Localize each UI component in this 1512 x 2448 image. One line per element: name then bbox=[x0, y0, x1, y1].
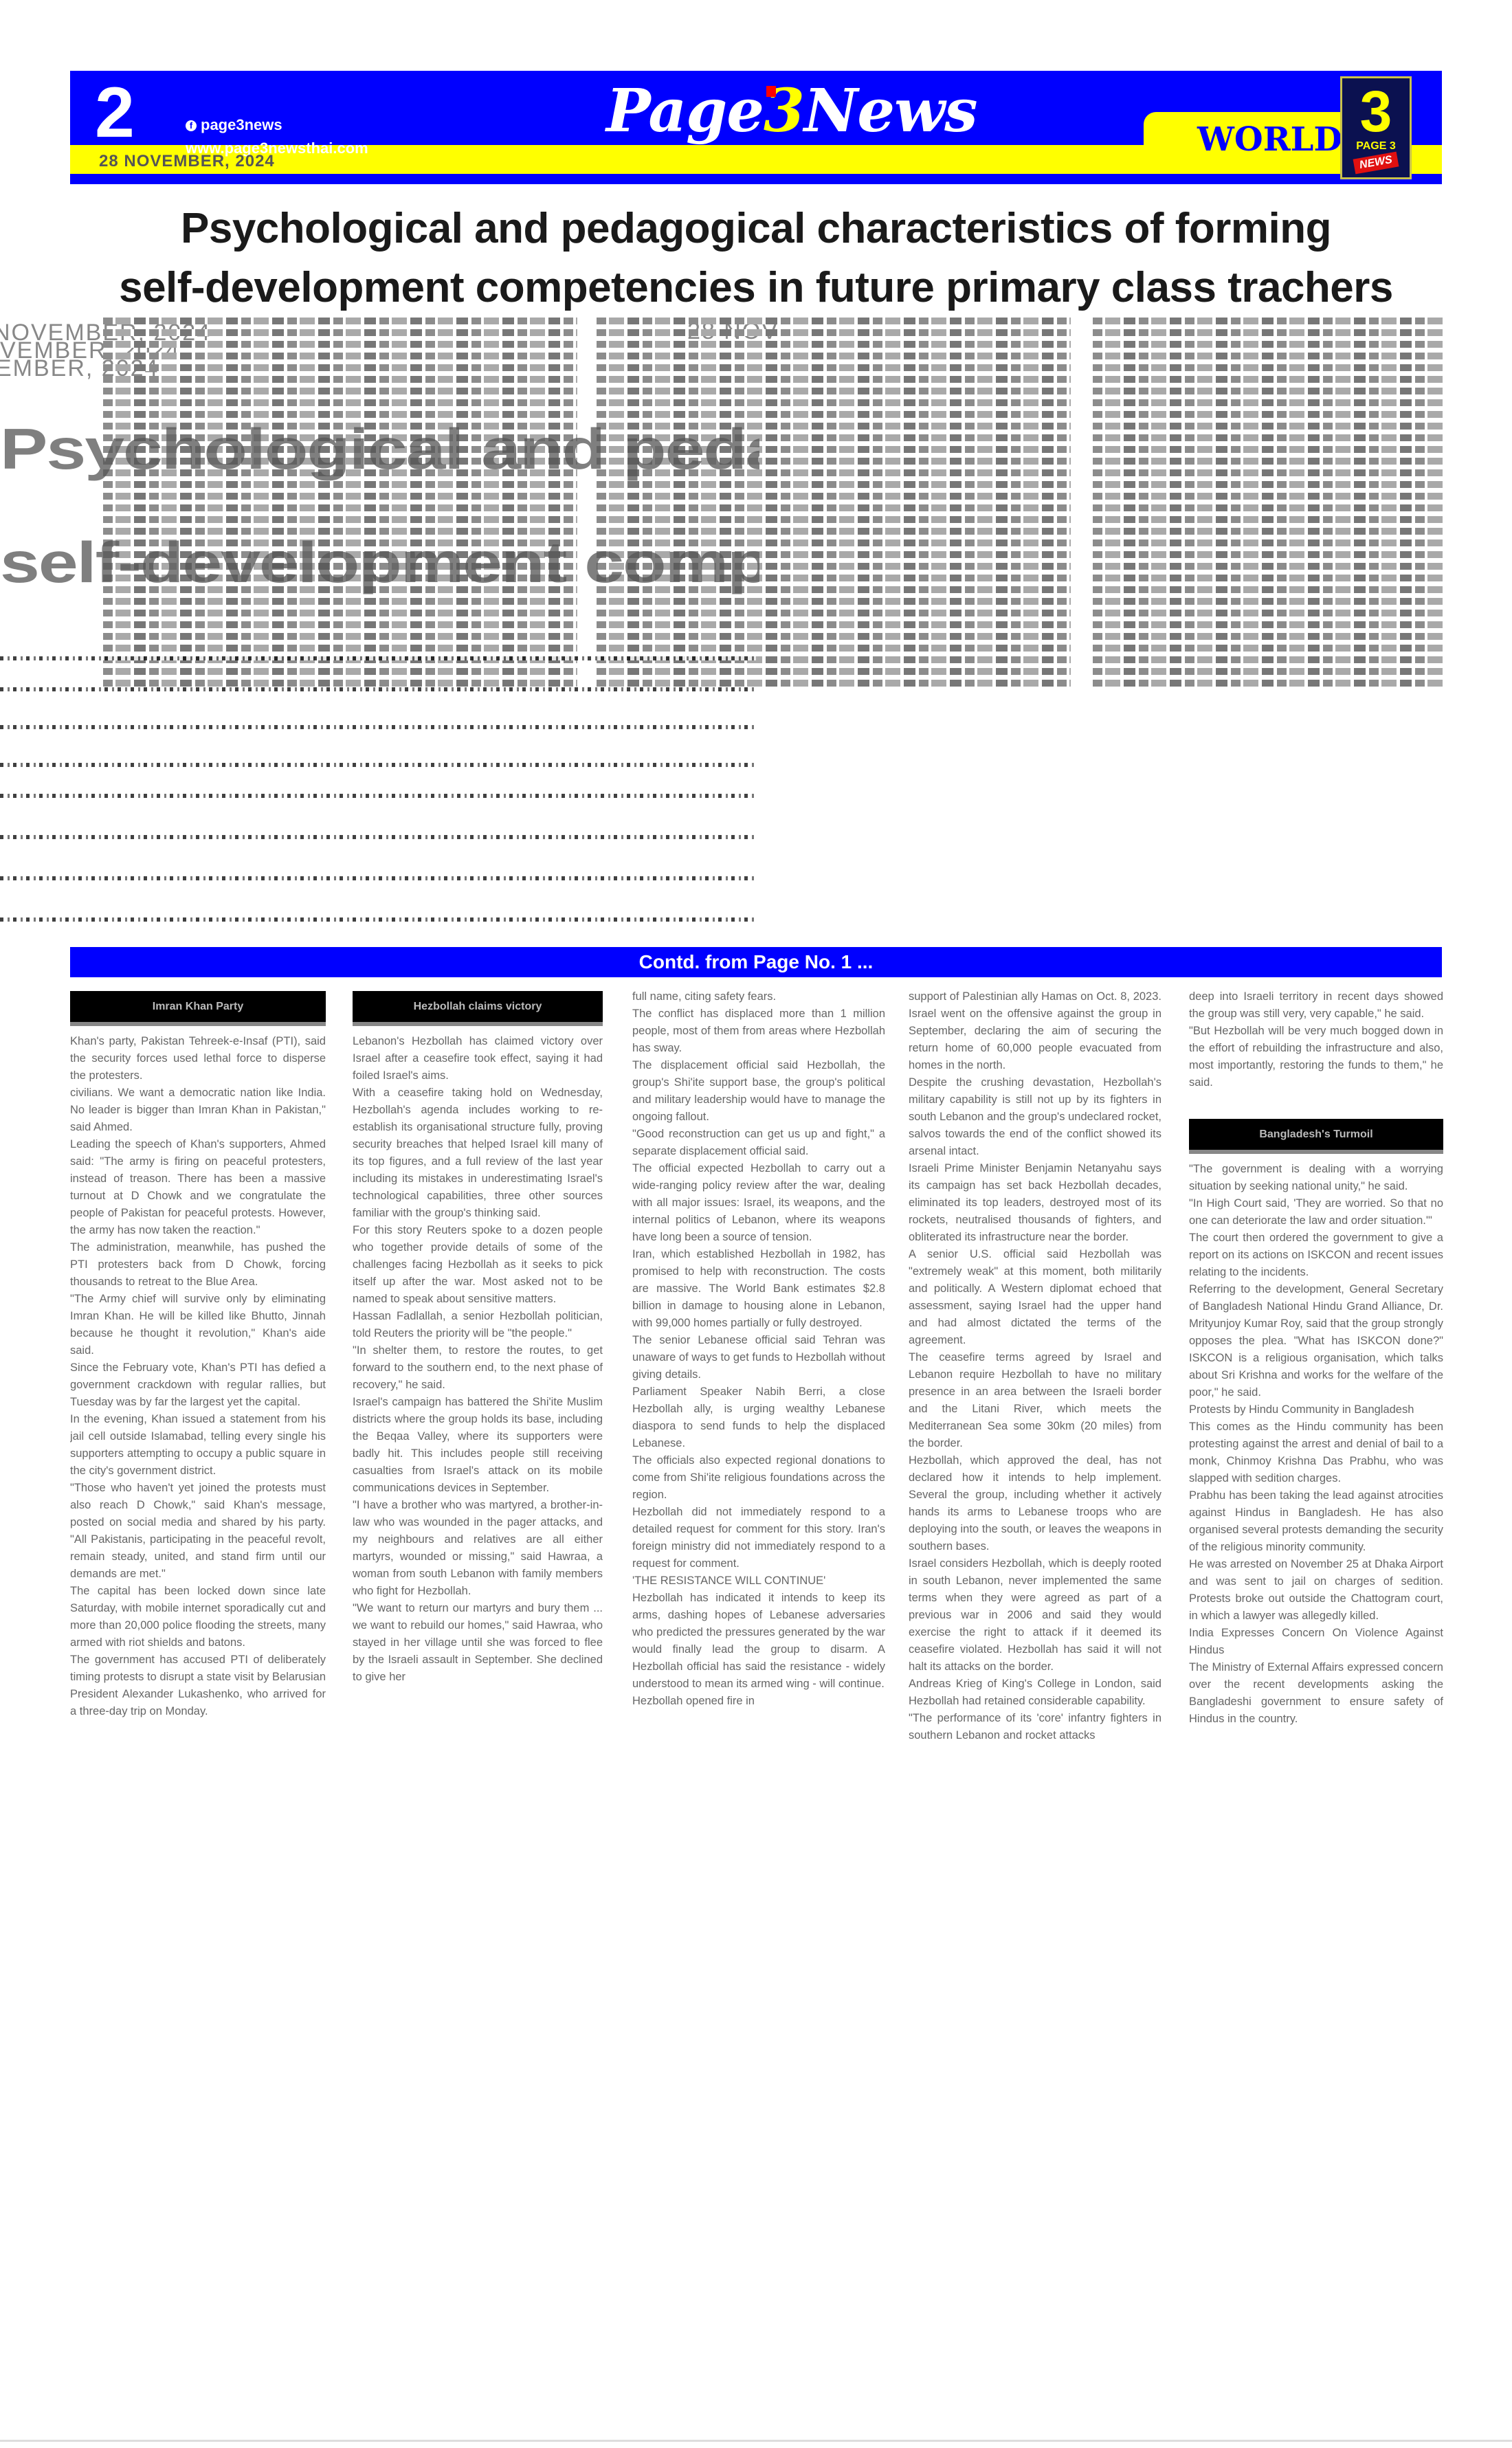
paragraph: Andreas Krieg of King's College in Londo… bbox=[909, 1676, 1161, 1710]
paragraph: "The government is dealing with a worryi… bbox=[1189, 1161, 1443, 1195]
paragraph: He was arrested on November 25 at Dhaka … bbox=[1189, 1556, 1443, 1625]
article-headline: Psychological and pedagogical characteri… bbox=[69, 199, 1443, 318]
upper-column-3 bbox=[1093, 313, 1443, 876]
headline-line-1: Psychological and pedagogical characteri… bbox=[69, 199, 1443, 258]
page-bottom-rule bbox=[0, 2440, 1512, 2442]
paragraph: "But Hezbollah will be very much bogged … bbox=[1189, 1023, 1443, 1091]
paragraph: Iran, which established Hezbollah in 198… bbox=[632, 1246, 885, 1332]
column-5-subhead: Bangladesh's Turmoil bbox=[1189, 1119, 1443, 1154]
page-number: 2 bbox=[95, 72, 135, 154]
paragraph: "In shelter them, to restore the routes,… bbox=[353, 1342, 603, 1394]
paragraph: India Expresses Concern On Violence Agai… bbox=[1189, 1625, 1443, 1659]
paragraph: 'THE RESISTANCE WILL CONTINUE' bbox=[632, 1572, 885, 1590]
paragraph: full name, citing safety fears. bbox=[632, 988, 885, 1005]
paragraph: Leading the speech of Khan's supporters,… bbox=[70, 1136, 326, 1239]
headline-line-2: self-development competencies in future … bbox=[69, 258, 1443, 318]
paragraph: The officials also expected regional don… bbox=[632, 1452, 885, 1504]
paragraph: Protests by Hindu Community in Banglades… bbox=[1189, 1401, 1443, 1418]
paragraph: The senior Lebanese official said Tehran… bbox=[632, 1332, 885, 1383]
paragraph: Hassan Fadlallah, a senior Hezbollah pol… bbox=[353, 1308, 603, 1342]
paragraph: In the evening, Khan issued a statement … bbox=[70, 1411, 326, 1480]
paragraph: Since the February vote, Khan's PTI has … bbox=[70, 1359, 326, 1411]
paragraph: Israel considers Hezbollah, which is dee… bbox=[909, 1555, 1161, 1676]
paragraph: Parliament Speaker Nabih Berri, a close … bbox=[632, 1383, 885, 1452]
paragraph: "The performance of its 'core' infantry … bbox=[909, 1710, 1161, 1744]
masthead: 2 fpage3news www.page3newsthai.com Page3… bbox=[70, 71, 1442, 184]
column-2-subhead: Hezbollah claims victory bbox=[353, 991, 603, 1026]
column-3: full name, citing safety fears. The conf… bbox=[632, 988, 885, 2294]
column-2: Hezbollah claims victory Lebanon's Hezbo… bbox=[353, 988, 603, 2294]
paragraph: Lebanon's Hezbollah has claimed victory … bbox=[353, 1033, 603, 1084]
paragraph: The displacement official said Hezbollah… bbox=[632, 1057, 885, 1126]
facebook-icon: f bbox=[186, 120, 197, 131]
column-4: support of Palestinian ally Hamas on Oct… bbox=[909, 988, 1161, 2294]
paragraph: The government has accused PTI of delibe… bbox=[70, 1651, 326, 1720]
paragraph: Israel's campaign has battered the Shi'i… bbox=[353, 1394, 603, 1497]
paragraph: "Good reconstruction can get us up and f… bbox=[632, 1126, 885, 1160]
logo-prefix: Page bbox=[606, 76, 764, 146]
paragraph: Referring to the development, General Se… bbox=[1189, 1281, 1443, 1401]
paragraph: The Ministry of External Affairs express… bbox=[1189, 1659, 1443, 1728]
upper-article-body: NOVEMBER, 2024 VEMBER, 2024 EMBER, 2024 … bbox=[0, 313, 1512, 931]
paragraph: civilians. We want a democratic nation l… bbox=[70, 1084, 326, 1136]
paragraph: "We want to return our martyrs and bury … bbox=[353, 1600, 603, 1686]
logo-suffix: News bbox=[804, 76, 977, 146]
badge-number: 3 bbox=[1342, 82, 1410, 140]
paragraph: "Those who haven't yet joined the protes… bbox=[70, 1480, 326, 1583]
facebook-link[interactable]: fpage3news bbox=[186, 113, 368, 137]
newspaper-logo[interactable]: Page3News bbox=[606, 76, 977, 146]
page3-news-badge: 3 PAGE 3 NEWS bbox=[1340, 76, 1412, 179]
paragraph: Prabhu has been taking the lead against … bbox=[1189, 1487, 1443, 1556]
paragraph: Hezbollah did not immediately respond to… bbox=[632, 1504, 885, 1572]
paragraph: Despite the crushing devastation, Hezbol… bbox=[909, 1074, 1161, 1160]
paragraph: The administration, meanwhile, has pushe… bbox=[70, 1239, 326, 1291]
paragraph: The court then ordered the government to… bbox=[1189, 1229, 1443, 1281]
paragraph: A senior U.S. official said Hezbollah wa… bbox=[909, 1246, 1161, 1349]
facebook-handle: page3news bbox=[201, 116, 282, 133]
paragraph: deep into Israeli territory in recent da… bbox=[1189, 988, 1443, 1023]
ghost-headline: self-development competencies in future … bbox=[0, 531, 759, 596]
column-1-subhead: Imran Khan Party bbox=[70, 991, 326, 1026]
paragraph: The official expected Hezbollah to carry… bbox=[632, 1160, 885, 1246]
paragraph: Hezbollah has indicated it intends to ke… bbox=[632, 1590, 885, 1693]
paragraph: The conflict has displaced more than 1 m… bbox=[632, 1005, 885, 1057]
badge-tag: NEWS bbox=[1353, 152, 1399, 175]
paragraph: The ceasefire terms agreed by Israel and… bbox=[909, 1349, 1161, 1452]
paragraph: The capital has been locked down since l… bbox=[70, 1583, 326, 1651]
badge-label: PAGE 3 bbox=[1342, 140, 1410, 153]
paragraph: Hezbollah opened fire in bbox=[632, 1693, 885, 1710]
paragraph: "In High Court said, 'They are worried. … bbox=[1189, 1195, 1443, 1229]
paragraph: Hezbollah, which approved the deal, has … bbox=[909, 1452, 1161, 1555]
ghost-headline: Psychological and pedagogical characteri… bbox=[0, 417, 759, 482]
paragraph: For this story Reuters spoke to a dozen … bbox=[353, 1222, 603, 1308]
continued-from-page-banner: Contd. from Page No. 1 ... bbox=[70, 947, 1442, 977]
column-5: deep into Israeli territory in recent da… bbox=[1189, 988, 1443, 2294]
logo-number: 3 bbox=[764, 76, 804, 146]
paragraph: Israeli Prime Minister Benjamin Netanyah… bbox=[909, 1160, 1161, 1246]
paragraph: This comes as the Hindu community has be… bbox=[1189, 1418, 1443, 1487]
paragraph: With a ceasefire taking hold on Wednesda… bbox=[353, 1084, 603, 1222]
issue-date: 28 NOVEMBER, 2024 bbox=[99, 152, 275, 171]
paragraph: "The Army chief will survive only by eli… bbox=[70, 1291, 326, 1359]
column-1: Imran Khan Party Khan's party, Pakistan … bbox=[70, 988, 326, 2294]
section-label: WORLD bbox=[1197, 120, 1342, 159]
paragraph: Khan's party, Pakistan Tehreek-e-Insaf (… bbox=[70, 1033, 326, 1084]
masthead-bottom-rule bbox=[70, 174, 1442, 184]
paragraph: "I have a brother who was martyred, a br… bbox=[353, 1497, 603, 1600]
paragraph: support of Palestinian ally Hamas on Oct… bbox=[909, 988, 1161, 1074]
